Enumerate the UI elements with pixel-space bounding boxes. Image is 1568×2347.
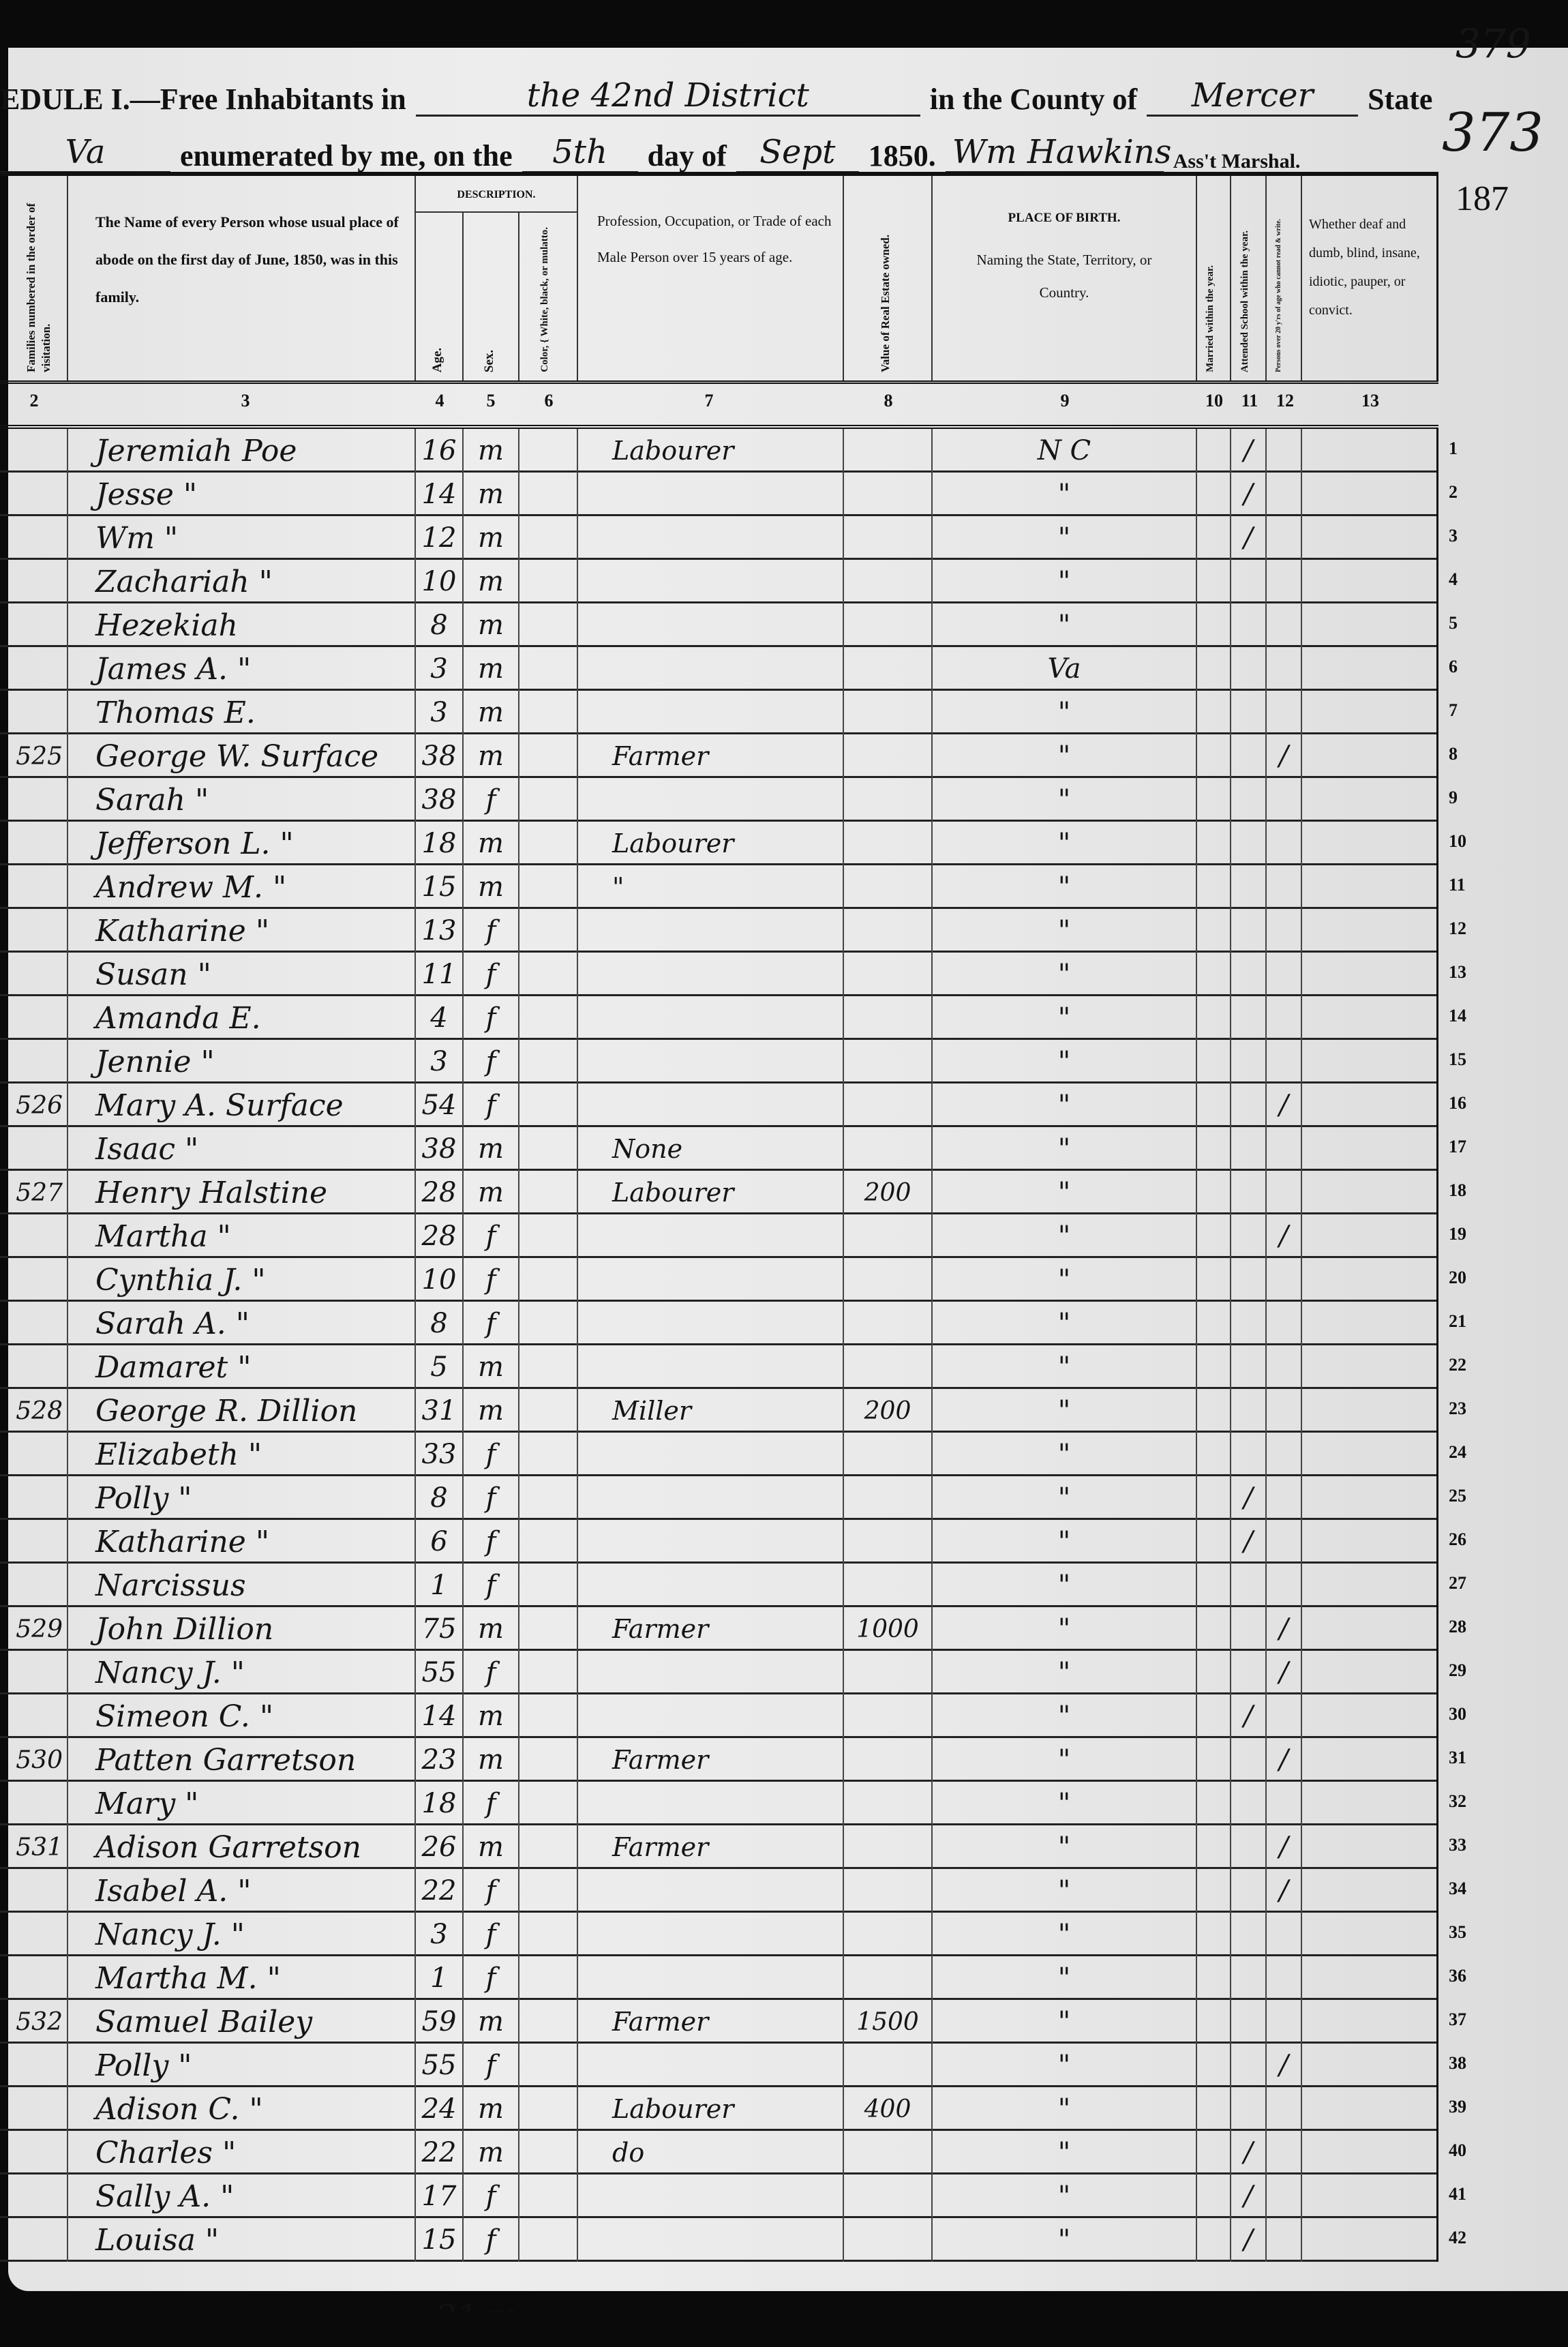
table-row: Jefferson L. " 18 m Labourer " 10 [0, 822, 1438, 865]
person-name: Sarah A. " [68, 1302, 416, 1345]
stamped-page-number: 373 [1442, 102, 1543, 164]
occupation [578, 2174, 844, 2218]
sex: f [464, 1913, 519, 1956]
line-number: 34 [1449, 1879, 1466, 1899]
disability [1302, 2000, 1438, 2044]
illiterate-mark: / [1267, 1214, 1302, 1258]
person-name: Zachariah " [68, 560, 416, 603]
married-mark [1197, 1302, 1231, 1345]
sex: f [464, 2044, 519, 2087]
person-name: Simeon C. " [68, 1694, 416, 1738]
disability [1302, 822, 1438, 865]
age: 3 [416, 1040, 464, 1083]
table-row: Polly " 8 f " / 25 [0, 1476, 1438, 1520]
disability [1302, 734, 1438, 778]
color [519, 1694, 578, 1738]
person-name: Cynthia J. " [68, 1258, 416, 1302]
age: 26 [416, 1825, 464, 1869]
disability [1302, 2044, 1438, 2087]
sex: m [464, 1738, 519, 1782]
sex: m [464, 1389, 519, 1433]
married-mark [1197, 1520, 1231, 1564]
married-mark [1197, 953, 1231, 996]
real-estate-value [844, 1476, 933, 1520]
married-mark [1197, 1171, 1231, 1214]
family-number [0, 691, 68, 734]
person-name: Martha " [68, 1214, 416, 1258]
married-mark [1197, 516, 1231, 560]
occupation [578, 560, 844, 603]
day-of-label: day of [648, 138, 727, 173]
family-number [0, 822, 68, 865]
real-estate-value [844, 691, 933, 734]
occupation [578, 1520, 844, 1564]
person-name: Isaac " [68, 1127, 416, 1171]
school-mark [1231, 1258, 1267, 1302]
school-mark [1231, 560, 1267, 603]
disability [1302, 2174, 1438, 2218]
table-row: Martha M. " 1 f " 36 [0, 1956, 1438, 2000]
line-number: 22 [1449, 1355, 1466, 1375]
color [519, 822, 578, 865]
school-mark [1231, 1083, 1267, 1127]
line-number: 25 [1449, 1486, 1466, 1506]
place-of-birth: " [933, 1782, 1197, 1825]
schedule-header-line2: Va enumerated by me, on the 5th day of S… [0, 133, 1300, 173]
age: 38 [416, 1127, 464, 1171]
family-number [0, 647, 68, 691]
occupation [578, 909, 844, 953]
school-mark [1231, 865, 1267, 909]
school-mark [1231, 1345, 1267, 1389]
line-number: 39 [1449, 2097, 1466, 2117]
sex: f [464, 996, 519, 1040]
illiterate-mark [1267, 2174, 1302, 2218]
color [519, 647, 578, 691]
real-estate-value [844, 603, 933, 647]
sex: m [464, 734, 519, 778]
real-estate-value [844, 734, 933, 778]
table-row: Simeon C. " 14 m " / 30 [0, 1694, 1438, 1738]
sex: m [464, 865, 519, 909]
color [519, 2174, 578, 2218]
occupation [578, 996, 844, 1040]
sex: m [464, 1694, 519, 1738]
illiterate-mark: / [1267, 2044, 1302, 2087]
age: 17 [416, 2174, 464, 2218]
table-row: Polly " 55 f " / 38 [0, 2044, 1438, 2087]
married-mark [1197, 1083, 1231, 1127]
illiterate-mark [1267, 1476, 1302, 1520]
table-row: Hezekiah 8 m " 5 [0, 603, 1438, 647]
table-row: Jennie " 3 f " 15 [0, 1040, 1438, 1083]
illiterate-mark [1267, 2000, 1302, 2044]
age: 8 [416, 1302, 464, 1345]
sex: f [464, 1214, 519, 1258]
person-name: Patten Garretson [68, 1738, 416, 1782]
illiterate-mark [1267, 691, 1302, 734]
age: 15 [416, 2218, 464, 2262]
real-estate-value [844, 996, 933, 1040]
occupation [578, 1258, 844, 1302]
real-estate-value [844, 473, 933, 516]
place-of-birth: " [933, 1345, 1197, 1389]
married-mark [1197, 560, 1231, 603]
family-number [0, 1214, 68, 1258]
illiterate-mark: / [1267, 1869, 1302, 1913]
line-number: 30 [1449, 1704, 1466, 1724]
disability [1302, 1520, 1438, 1564]
school-mark [1231, 1956, 1267, 2000]
real-estate-value [844, 1782, 933, 1825]
family-number: 527 [0, 1171, 68, 1214]
disability [1302, 473, 1438, 516]
family-number: 528 [0, 1389, 68, 1433]
married-mark [1197, 1782, 1231, 1825]
sex: f [464, 1651, 519, 1694]
color [519, 516, 578, 560]
line-number: 13 [1449, 962, 1466, 983]
place-of-birth: N C [933, 429, 1197, 473]
school-mark: / [1231, 1476, 1267, 1520]
place-of-birth: " [933, 909, 1197, 953]
occupation: Farmer [578, 1607, 844, 1651]
school-mark [1231, 1564, 1267, 1607]
table-row: Wm " 12 m " / 3 [0, 516, 1438, 560]
place-of-birth: " [933, 1040, 1197, 1083]
place-of-birth: " [933, 2087, 1197, 2131]
real-estate-value [844, 1651, 933, 1694]
age: 54 [416, 1083, 464, 1127]
place-of-birth: " [933, 1302, 1197, 1345]
column-number: 11 [1234, 391, 1265, 411]
disability [1302, 1782, 1438, 1825]
sex: m [464, 2087, 519, 2131]
illiterate-mark [1267, 2087, 1302, 2131]
disability [1302, 691, 1438, 734]
disability [1302, 909, 1438, 953]
census-table: Families numbered in the order of visita… [0, 172, 1438, 2262]
married-mark [1197, 2131, 1231, 2174]
color [519, 778, 578, 822]
line-number: 31 [1449, 1748, 1466, 1768]
place-of-birth: " [933, 516, 1197, 560]
school-mark [1231, 1869, 1267, 1913]
school-mark [1231, 1738, 1267, 1782]
place-of-birth: " [933, 603, 1197, 647]
line-number: 18 [1449, 1180, 1466, 1201]
person-name: Jesse " [68, 473, 416, 516]
line-number: 26 [1449, 1529, 1466, 1550]
school-mark: / [1231, 2174, 1267, 2218]
disability [1302, 1956, 1438, 2000]
line-number: 35 [1449, 1922, 1466, 1943]
disability [1302, 1171, 1438, 1214]
col-sex: Sex. [464, 213, 519, 380]
school-mark [1231, 1302, 1267, 1345]
school-mark: / [1231, 1520, 1267, 1564]
family-number: 532 [0, 2000, 68, 2044]
illiterate-mark [1267, 865, 1302, 909]
married-mark [1197, 1433, 1231, 1476]
table-row: Louisa " 15 f " / 42 [0, 2218, 1438, 2262]
table-row: Susan " 11 f " 13 [0, 953, 1438, 996]
table-row: Damaret " 5 m " 22 [0, 1345, 1438, 1389]
place-of-birth: " [933, 1913, 1197, 1956]
illiterate-mark: / [1267, 1607, 1302, 1651]
illiterate-mark [1267, 1302, 1302, 1345]
place-of-birth: " [933, 1083, 1197, 1127]
line-number: 38 [1449, 2053, 1466, 2074]
age: 28 [416, 1171, 464, 1214]
school-mark [1231, 1171, 1267, 1214]
age: 31 [416, 1389, 464, 1433]
occupation: None [578, 1127, 844, 1171]
line-number: 33 [1449, 1835, 1466, 1855]
occupation [578, 516, 844, 560]
real-estate-value [844, 2044, 933, 2087]
sex: f [464, 2174, 519, 2218]
school-mark [1231, 953, 1267, 996]
occupation [578, 1956, 844, 2000]
disability [1302, 865, 1438, 909]
person-name: Polly " [68, 2044, 416, 2087]
real-estate-value [844, 1127, 933, 1171]
line-number: 40 [1449, 2140, 1466, 2161]
sex: f [464, 1258, 519, 1302]
age: 8 [416, 603, 464, 647]
sex: m [464, 1127, 519, 1171]
occupation: Labourer [578, 822, 844, 865]
school-mark: / [1231, 2218, 1267, 2262]
family-number [0, 2044, 68, 2087]
age: 3 [416, 647, 464, 691]
table-row: Andrew M. " 15 m " " 11 [0, 865, 1438, 909]
illiterate-mark: / [1267, 1651, 1302, 1694]
place-of-birth: " [933, 1476, 1197, 1520]
occupation [578, 691, 844, 734]
table-row: Cynthia J. " 10 f " 20 [0, 1258, 1438, 1302]
person-name: James A. " [68, 647, 416, 691]
real-estate-value [844, 647, 933, 691]
married-mark [1197, 1564, 1231, 1607]
disability [1302, 1345, 1438, 1389]
table-row: Nancy J. " 55 f " / 29 [0, 1651, 1438, 1694]
school-mark [1231, 1913, 1267, 1956]
marshal-label: Ass't Marshal. [1173, 150, 1301, 173]
place-of-birth: Va [933, 647, 1197, 691]
married-mark [1197, 2044, 1231, 2087]
county-field: Mercer [1147, 76, 1358, 117]
married-mark [1197, 647, 1231, 691]
color [519, 473, 578, 516]
occupation: Farmer [578, 2000, 844, 2044]
school-mark [1231, 1825, 1267, 1869]
age: 11 [416, 953, 464, 996]
person-name: Adison Garretson [68, 1825, 416, 1869]
color [519, 560, 578, 603]
school-mark [1231, 2044, 1267, 2087]
printed-page-number: 187 [1456, 179, 1509, 219]
age: 28 [416, 1214, 464, 1258]
column-number: 7 [695, 391, 723, 411]
family-number [0, 1651, 68, 1694]
school-mark [1231, 691, 1267, 734]
table-row: Sally A. " 17 f " / 41 [0, 2174, 1438, 2218]
place-of-birth: " [933, 2044, 1197, 2087]
table-row: Elizabeth " 33 f " 24 [0, 1433, 1438, 1476]
disability [1302, 1738, 1438, 1782]
sex: f [464, 1564, 519, 1607]
family-number [0, 909, 68, 953]
age: 75 [416, 1607, 464, 1651]
place-of-birth: " [933, 778, 1197, 822]
col-color: Color, { White, black, or mulatto. [519, 213, 578, 380]
age: 1 [416, 1956, 464, 2000]
age: 10 [416, 1258, 464, 1302]
table-row: Martha " 28 f " / 19 [0, 1214, 1438, 1258]
table-row: 528 George R. Dillion 31 m Miller 200 " … [0, 1389, 1438, 1433]
sex: m [464, 822, 519, 865]
family-number [0, 603, 68, 647]
color [519, 1782, 578, 1825]
illiterate-mark [1267, 647, 1302, 691]
color [519, 1171, 578, 1214]
family-number [0, 2131, 68, 2174]
line-number: 14 [1449, 1006, 1466, 1026]
column-number: 9 [1051, 391, 1079, 411]
line-number: 17 [1449, 1137, 1466, 1157]
family-number [0, 516, 68, 560]
color [519, 734, 578, 778]
disability [1302, 778, 1438, 822]
place-of-birth: " [933, 2218, 1197, 2262]
person-name: George W. Surface [68, 734, 416, 778]
color [519, 1825, 578, 1869]
sex: f [464, 1476, 519, 1520]
illiterate-mark [1267, 778, 1302, 822]
scan-border [0, 2312, 1568, 2347]
line-number: 16 [1449, 1093, 1466, 1113]
school-mark: / [1231, 429, 1267, 473]
person-name: Isabel A. " [68, 1869, 416, 1913]
color [519, 1476, 578, 1520]
place-of-birth: " [933, 1694, 1197, 1738]
illiterate-mark: / [1267, 1825, 1302, 1869]
age: 22 [416, 1869, 464, 1913]
age: 3 [416, 1913, 464, 1956]
illiterate-mark [1267, 2131, 1302, 2174]
real-estate-value [844, 1302, 933, 1345]
occupation: Labourer [578, 1171, 844, 1214]
occupation [578, 647, 844, 691]
place-of-birth: " [933, 1825, 1197, 1869]
color [519, 865, 578, 909]
illiterate-mark [1267, 1127, 1302, 1171]
col-place-of-birth: PLACE OF BIRTH. Naming the State, Territ… [933, 176, 1197, 380]
sex: f [464, 1956, 519, 2000]
table-row: Jeremiah Poe 16 m Labourer N C / 1 [0, 429, 1438, 473]
age: 5 [416, 1345, 464, 1389]
line-number: 15 [1449, 1049, 1466, 1070]
married-mark [1197, 1258, 1231, 1302]
table-row: 525 George W. Surface 38 m Farmer " / 8 [0, 734, 1438, 778]
sex: f [464, 909, 519, 953]
person-name: Mary " [68, 1782, 416, 1825]
sex: f [464, 1040, 519, 1083]
illiterate-mark: / [1267, 1083, 1302, 1127]
school-mark [1231, 1607, 1267, 1651]
sex: f [464, 1083, 519, 1127]
sex: m [464, 1607, 519, 1651]
real-estate-value [844, 1564, 933, 1607]
person-name: Samuel Bailey [68, 2000, 416, 2044]
color [519, 2218, 578, 2262]
month-field: Sept [736, 133, 859, 173]
real-estate-value [844, 953, 933, 996]
occupation [578, 1433, 844, 1476]
family-number [0, 1564, 68, 1607]
occupation [578, 1040, 844, 1083]
color [519, 1869, 578, 1913]
person-name: Adison C. " [68, 2087, 416, 2131]
line-number: 41 [1449, 2184, 1466, 2204]
occupation [578, 953, 844, 996]
state-field: Va [0, 133, 170, 173]
occupation [578, 2044, 844, 2087]
column-number: 8 [875, 391, 902, 411]
married-mark [1197, 865, 1231, 909]
married-mark [1197, 1913, 1231, 1956]
table-row: Adison C. " 24 m Labourer 400 " 39 [0, 2087, 1438, 2131]
illiterate-mark [1267, 909, 1302, 953]
place-of-birth: " [933, 1564, 1197, 1607]
married-mark [1197, 1389, 1231, 1433]
color [519, 996, 578, 1040]
occupation: Labourer [578, 429, 844, 473]
line-number: 28 [1449, 1617, 1466, 1637]
column-number: 4 [426, 391, 453, 411]
school-mark: / [1231, 516, 1267, 560]
enumerated-label: enumerated by me, on the [180, 138, 513, 173]
disability [1302, 1564, 1438, 1607]
table-row: 531 Adison Garretson 26 m Farmer " / 33 [0, 1825, 1438, 1869]
color [519, 2044, 578, 2087]
color [519, 1520, 578, 1564]
color [519, 1433, 578, 1476]
person-name: Sally A. " [68, 2174, 416, 2218]
line-number: 6 [1449, 657, 1458, 677]
table-row: Amanda E. 4 f " 14 [0, 996, 1438, 1040]
illiterate-mark [1267, 516, 1302, 560]
age: 14 [416, 473, 464, 516]
family-number: 530 [0, 1738, 68, 1782]
person-name: Louisa " [68, 2218, 416, 2262]
line-number: 20 [1449, 1268, 1466, 1288]
family-number: 531 [0, 1825, 68, 1869]
place-of-birth: " [933, 2131, 1197, 2174]
real-estate-value [844, 516, 933, 560]
age: 55 [416, 2044, 464, 2087]
real-estate-value [844, 1345, 933, 1389]
illiterate-mark [1267, 1433, 1302, 1476]
person-name: Susan " [68, 953, 416, 996]
place-of-birth: " [933, 1956, 1197, 2000]
line-number: 42 [1449, 2228, 1466, 2248]
illiterate-mark [1267, 1782, 1302, 1825]
illiterate-mark [1267, 1694, 1302, 1738]
table-row: Jesse " 14 m " / 2 [0, 473, 1438, 516]
